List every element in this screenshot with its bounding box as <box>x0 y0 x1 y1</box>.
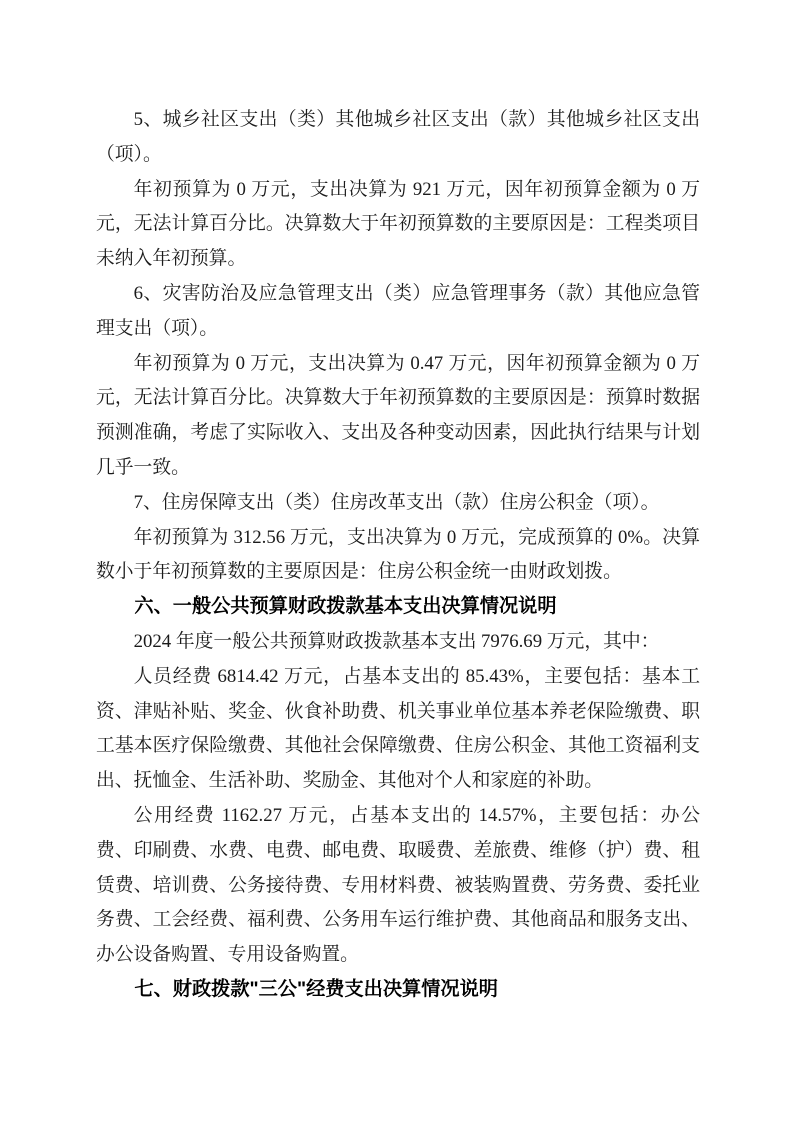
text-line: 赁费、培训费、公务接待费、专用材料费、被装购置费、劳务费、委托业 <box>96 869 700 904</box>
text-line: 2024 年度一般公共预算财政拨款基本支出 7976.69 万元，其中： <box>96 625 700 660</box>
text-line: 年初预算为 0 万元，支出决算为 921 万元，因年初预算金额为 0 万 <box>96 173 700 208</box>
text-line: 工基本医疗保险缴费、其他社会保障缴费、住房公积金、其他工资福利支 <box>96 729 700 764</box>
text-line: 务费、工会经费、福利费、公务用车运行维护费、其他商品和服务支出、 <box>96 903 700 938</box>
text-line: 数小于年初预算数的主要原因是：住房公积金统一由财政划拨。 <box>96 555 700 590</box>
para-public-funds: 公用经费 1162.27 万元，占基本支出的 14.57%，主要包括：办公费、印… <box>96 799 700 973</box>
text-line: 未纳入年初预算。 <box>96 242 700 277</box>
text-line: 出、抚恤金、生活补助、奖励金、其他对个人和家庭的补助。 <box>96 764 700 799</box>
text-line: 几乎一致。 <box>96 451 700 486</box>
document-page: 5、城乡社区支出（类）其他城乡社区支出（款）其他城乡社区支出（项）。年初预算为 … <box>0 0 793 1122</box>
text-line: 费、印刷费、水费、电费、邮电费、取暖费、差旅费、维修（护）费、租 <box>96 834 700 869</box>
para-item7-housing: 7、住房保障支出（类）住房改革支出（款）住房公积金（项）。 <box>96 486 700 521</box>
text-line: 人员经费 6814.42 万元，占基本支出的 85.43%，主要包括：基本工 <box>96 660 700 695</box>
heading-section-6: 六、一般公共预算财政拨款基本支出决算情况说明 <box>96 590 700 625</box>
text-line: 资、津贴补贴、奖金、伙食补助费、机关事业单位基本养老保险缴费、职 <box>96 695 700 730</box>
text-line: 办公设备购置、专用设备购置。 <box>96 938 700 973</box>
para-item5-explanation: 年初预算为 0 万元，支出决算为 921 万元，因年初预算金额为 0 万元，无法… <box>96 173 700 277</box>
para-item5-city-community: 5、城乡社区支出（类）其他城乡社区支出（款）其他城乡社区支出（项）。 <box>96 103 700 173</box>
text-line: 元，无法计算百分比。决算数大于年初预算数的主要原因是：预算时数据 <box>96 381 700 416</box>
text-line: （项）。 <box>96 138 700 173</box>
text-line: 预测准确，考虑了实际收入、支出及各种变动因素，因此执行结果与计划 <box>96 416 700 451</box>
text-line: 六、一般公共预算财政拨款基本支出决算情况说明 <box>96 590 700 625</box>
para-item7-explanation: 年初预算为 312.56 万元，支出决算为 0 万元，完成预算的 0%。决算数小… <box>96 521 700 591</box>
para-personnel-funds: 人员经费 6814.42 万元，占基本支出的 85.43%，主要包括：基本工资、… <box>96 660 700 799</box>
para-item6-explanation: 年初预算为 0 万元，支出决算为 0.47 万元，因年初预算金额为 0 万元，无… <box>96 347 700 486</box>
text-line: 年初预算为 0 万元，支出决算为 0.47 万元，因年初预算金额为 0 万 <box>96 347 700 382</box>
text-line: 7、住房保障支出（类）住房改革支出（款）住房公积金（项）。 <box>96 486 700 521</box>
text-line: 5、城乡社区支出（类）其他城乡社区支出（款）其他城乡社区支出 <box>96 103 700 138</box>
text-line: 年初预算为 312.56 万元，支出决算为 0 万元，完成预算的 0%。决算 <box>96 521 700 556</box>
para-item6-emergency: 6、灾害防治及应急管理支出（类）应急管理事务（款）其他应急管理支出（项）。 <box>96 277 700 347</box>
text-line: 6、灾害防治及应急管理支出（类）应急管理事务（款）其他应急管 <box>96 277 700 312</box>
text-line: 公用经费 1162.27 万元，占基本支出的 14.57%，主要包括：办公 <box>96 799 700 834</box>
text-line: 元，无法计算百分比。决算数大于年初预算数的主要原因是：工程类项目 <box>96 207 700 242</box>
text-line: 七、财政拨款"三公"经费支出决算情况说明 <box>96 973 700 1008</box>
heading-section-7: 七、财政拨款"三公"经费支出决算情况说明 <box>96 973 700 1008</box>
text-line: 理支出（项）。 <box>96 312 700 347</box>
para-basic-expenditure-total: 2024 年度一般公共预算财政拨款基本支出 7976.69 万元，其中： <box>96 625 700 660</box>
